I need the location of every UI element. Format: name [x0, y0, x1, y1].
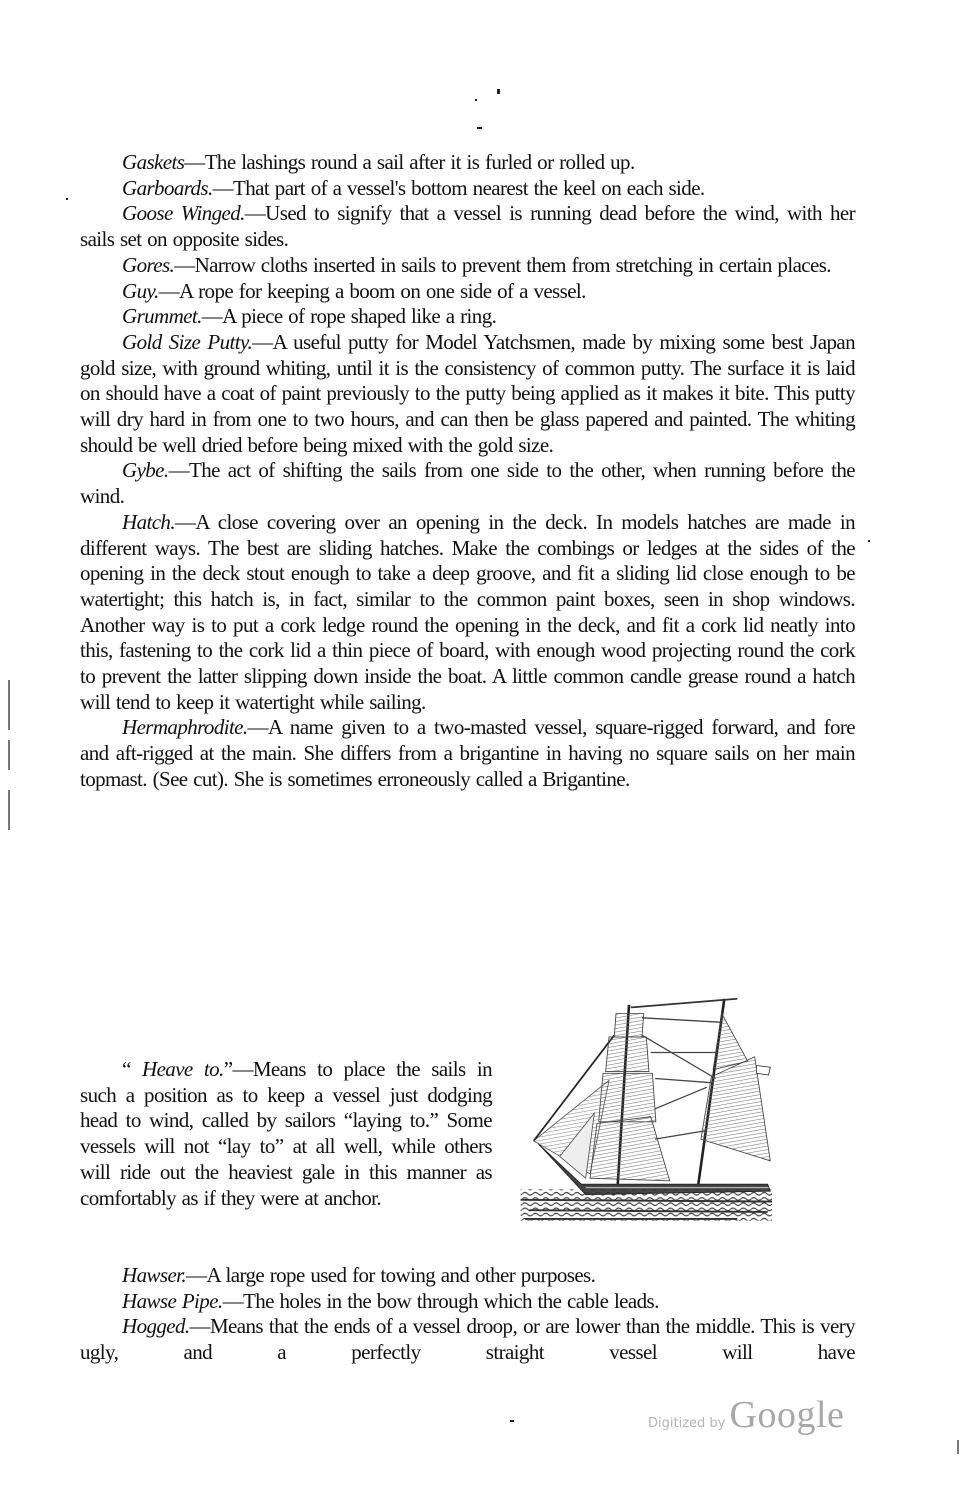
entry-term: Grummet.: [122, 304, 202, 328]
glossary-entry-gaskets: Gaskets—The lashings round a sail after …: [80, 150, 855, 176]
scan-speck: [510, 1420, 514, 1422]
entry-definition: —The act of shifting the sails from one …: [80, 458, 855, 508]
entry-definition: —A piece of rope shaped like a ring.: [202, 304, 496, 328]
entry-definition: —The lashings round a sail after it is f…: [184, 150, 634, 174]
entry-term: Garboards.: [122, 176, 213, 200]
illustrated-section: Hermaphrodite.—A name given to a two-mas…: [80, 715, 855, 792]
glossary-entry-guy: Guy.—A rope for keeping a boom on one si…: [80, 279, 855, 305]
glossary-entry-hawser: Hawser.—A large rope used for towing and…: [80, 1263, 855, 1289]
margin-scan-line: [957, 1440, 959, 1454]
book-page: Gaskets—The lashings round a sail after …: [80, 150, 855, 793]
glossary-entry-garboards: Garboards.—That part of a vessel's botto…: [80, 176, 855, 202]
ship-illustration: [512, 972, 772, 1237]
glossary-entry-goose-winged: Goose Winged.—Used to signify that a ves…: [80, 201, 855, 252]
glossary-entry-gores: Gores.—Narrow cloths inserted in sails t…: [80, 253, 855, 279]
entry-term: Hogged.: [122, 1314, 190, 1338]
entry-term: Gaskets: [122, 150, 184, 174]
google-logo: Google: [730, 1394, 845, 1436]
lower-text: Hawser.—A large rope used for towing and…: [80, 1263, 855, 1366]
entry-term: Guy.: [122, 279, 159, 303]
entry-definition: —A rope for keeping a boom on one side o…: [159, 279, 586, 303]
entry-term: Hawse Pipe.: [122, 1289, 223, 1313]
entry-term: Gores.: [122, 253, 174, 277]
entry-term: Hatch.: [122, 510, 175, 534]
margin-scan-line: [8, 680, 10, 730]
open-quote: “: [122, 1057, 142, 1081]
brig-woodcut-icon: [512, 972, 772, 1237]
entry-term: Gold Size Putty.: [122, 330, 252, 354]
watermark-prefix: Digitized by: [648, 1416, 725, 1431]
entry-definition: —That part of a vessel's bottom nearest …: [213, 176, 705, 200]
entry-definition: —A close covering over an opening in the…: [80, 510, 855, 714]
glossary-entry-hawse-pipe: Hawse Pipe.—The holes in the bow through…: [80, 1289, 855, 1315]
scan-speck: [868, 540, 870, 542]
entry-definition: —A large rope used for towing and other …: [186, 1263, 595, 1287]
entry-term: Hermaphrodite.: [122, 715, 248, 739]
margin-scan-line: [8, 790, 10, 830]
glossary-entry-heave-to: “ Heave to.”—Means to place the sails in…: [80, 1057, 492, 1211]
glossary-entry-hatch: Hatch.—A close covering over an opening …: [80, 510, 855, 716]
scan-speck: [477, 127, 482, 129]
narrow-column: “ Heave to.”—Means to place the sails in…: [80, 1057, 492, 1211]
entry-term: Goose Winged.: [122, 201, 245, 225]
glossary-entry-hermaphrodite: Hermaphrodite.—A name given to a two-mas…: [80, 715, 855, 792]
margin-scan-line: [8, 740, 10, 770]
entry-definition: —The holes in the bow through which the …: [223, 1289, 659, 1313]
entry-definition: —Means that the ends of a vessel droop, …: [80, 1314, 855, 1364]
glossary-entry-gold-size-putty: Gold Size Putty.—A useful putty for Mode…: [80, 330, 855, 459]
scan-speck: [66, 198, 68, 200]
scan-speck: [497, 89, 500, 94]
entry-term: Hawser.: [122, 1263, 186, 1287]
glossary-entry-hogged: Hogged.—Means that the ends of a vessel …: [80, 1314, 855, 1365]
entry-definition: —Narrow cloths inserted in sails to prev…: [174, 253, 831, 277]
glossary-entry-grummet: Grummet.—A piece of rope shaped like a r…: [80, 304, 855, 330]
entry-term: Heave to.: [142, 1057, 224, 1081]
entry-term: Gybe.: [122, 458, 169, 482]
glossary-entry-gybe: Gybe.—The act of shifting the sails from…: [80, 458, 855, 509]
digitized-by-google-watermark: Digitized by Google: [648, 1393, 844, 1437]
scan-speck: [475, 99, 477, 101]
